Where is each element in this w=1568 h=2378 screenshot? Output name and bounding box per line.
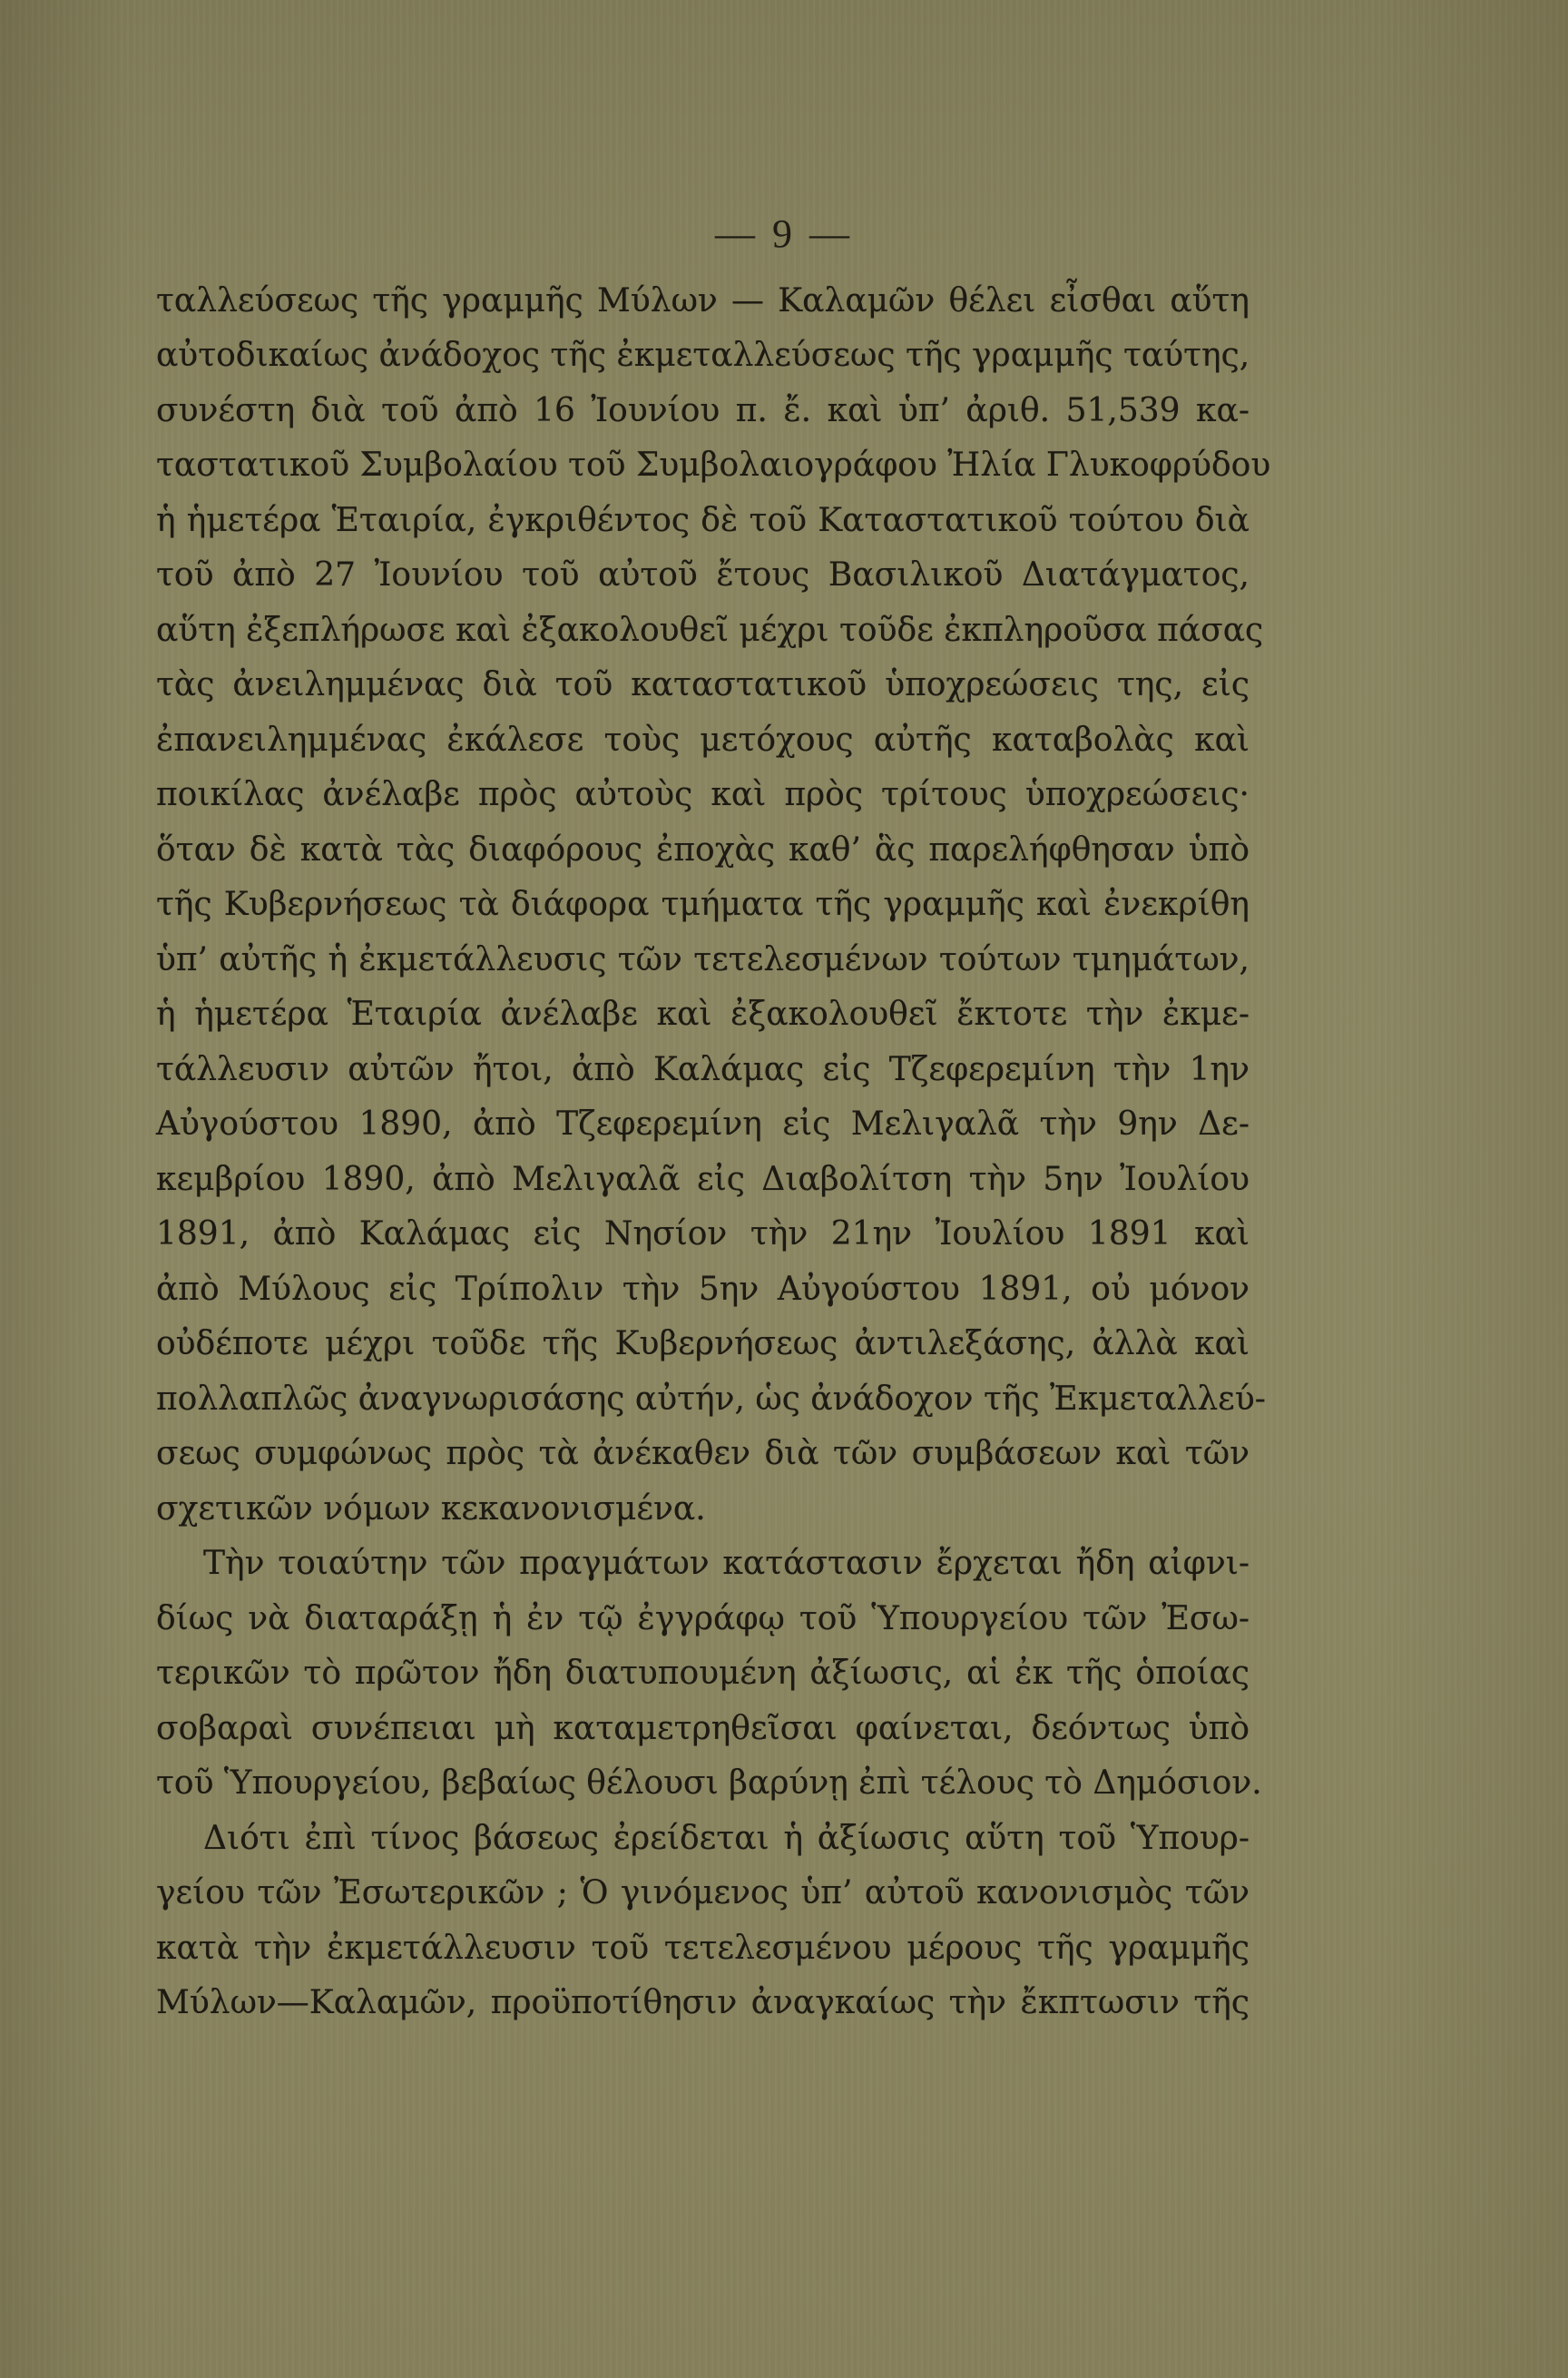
text-line: τὰς ἀνειλημμένας διὰ τοῦ καταστατικοῦ ὑπ… — [156, 662, 1249, 709]
text-line: ταστατικοῦ Συμβολαίου τοῦ Συμβολαιογράφο… — [156, 442, 1249, 489]
text-line: κεμβρίου 1890, ἀπὸ Μελιγαλᾶ εἰς Διαβολίτ… — [156, 1156, 1249, 1204]
text-line: τοῦ Ὑπουργείου, βεβαίως θέλουσι βαρύνῃ ἐ… — [156, 1760, 1249, 1807]
text-line: σχετικῶν νόμων κεκανονισμένα. — [156, 1486, 1249, 1533]
text-line: οὐδέποτε μέχρι τοῦδε τῆς Κυβερνήσεως ἀντ… — [156, 1321, 1249, 1368]
text-line: Μύλων—Καλαμῶν, προϋποτίθησιν ἀναγκαίως τ… — [156, 1980, 1249, 2027]
text-line: τερικῶν τὸ πρῶτον ἤδη διατυπουμένη ἀξίωσ… — [156, 1650, 1249, 1697]
text-line: συνέστη διὰ τοῦ ἀπὸ 16 Ἰουνίου π. ἔ. καὶ… — [156, 388, 1249, 435]
text-line: ποικίλας ἀνέλαβε πρὸς αὐτοὺς καὶ πρὸς τρ… — [156, 771, 1249, 819]
text-line: τῆς Κυβερνήσεως τὰ διάφορα τμήματα τῆς γ… — [156, 881, 1249, 929]
text-line: ταλλεύσεως τῆς γραμμῆς Μύλων — Καλαμῶν θ… — [156, 278, 1249, 325]
text-line: τοῦ ἀπὸ 27 Ἰουνίου τοῦ αὐτοῦ ἔτους Βασιλ… — [156, 552, 1249, 599]
page-number: — 9 — — [0, 211, 1568, 257]
text-line: 1891, ἀπὸ Καλάμας εἰς Νησίον τὴν 21ην Ἰο… — [156, 1211, 1249, 1258]
scanned-page: — 9 — ταλλεύσεως τῆς γραμμῆς Μύλων — Καλ… — [0, 0, 1568, 2378]
text-line: ἀπὸ Μύλους εἰς Τρίπολιν τὴν 5ην Αὐγούστο… — [156, 1266, 1249, 1313]
text-line: σεως συμφώνως πρὸς τὰ ἀνέκαθεν διὰ τῶν σ… — [156, 1430, 1249, 1478]
text-line: γείου τῶν Ἐσωτερικῶν ; Ὁ γινόμενος ὑπ’ α… — [156, 1870, 1249, 1917]
text-line: ἡ ἡμετέρα Ἑταιρία, ἐγκριθέντος δὲ τοῦ Κα… — [156, 497, 1249, 545]
text-line: κατὰ τὴν ἐκμετάλλευσιν τοῦ τετελεσμένου … — [156, 1925, 1249, 1972]
text-line: τάλλευσιν αὐτῶν ἤτοι, ἀπὸ Καλάμας εἰς Τζ… — [156, 1047, 1249, 1094]
text-line: ἡ ἡμετέρα Ἑταιρία ἀνέλαβε καὶ ἐξακολουθε… — [156, 991, 1249, 1038]
text-line: ὑπ’ αὐτῆς ἡ ἐκμετάλλευσις τῶν τετελεσμέν… — [156, 937, 1249, 984]
text-line: αὐτοδικαίως ἀνάδοχος τῆς ἐκμεταλλεύσεως … — [156, 332, 1249, 379]
text-line: δίως νὰ διαταράξῃ ἡ ἐν τῷ ἐγγράφῳ τοῦ Ὑπ… — [156, 1596, 1249, 1643]
text-line: Αὐγούστου 1890, ἀπὸ Τζεφερεμίνη εἰς Μελι… — [156, 1101, 1249, 1148]
text-line: σοβαραὶ συνέπειαι μὴ καταμετρηθεῖσαι φαί… — [156, 1705, 1249, 1753]
text-line: πολλαπλῶς ἀναγνωρισάσης αὐτήν, ὡς ἀνάδοχ… — [156, 1376, 1249, 1423]
text-line: ὅταν δὲ κατὰ τὰς διαφόρους ἐποχὰς καθ’ ἃ… — [156, 827, 1249, 874]
paragraph-start-line: Διότι ἐπὶ τίνος βάσεως ἐρείδεται ἡ ἀξίωσ… — [203, 1815, 1249, 1862]
text-line: αὕτη ἐξεπλήρωσε καὶ ἐξακολουθεῖ μέχρι το… — [156, 607, 1249, 654]
paragraph-start-line: Τὴν τοιαύτην τῶν πραγμάτων κατάστασιν ἔρ… — [203, 1540, 1249, 1587]
text-line: ἐπανειλημμένας ἐκάλεσε τοὺς μετόχους αὐτ… — [156, 717, 1249, 764]
